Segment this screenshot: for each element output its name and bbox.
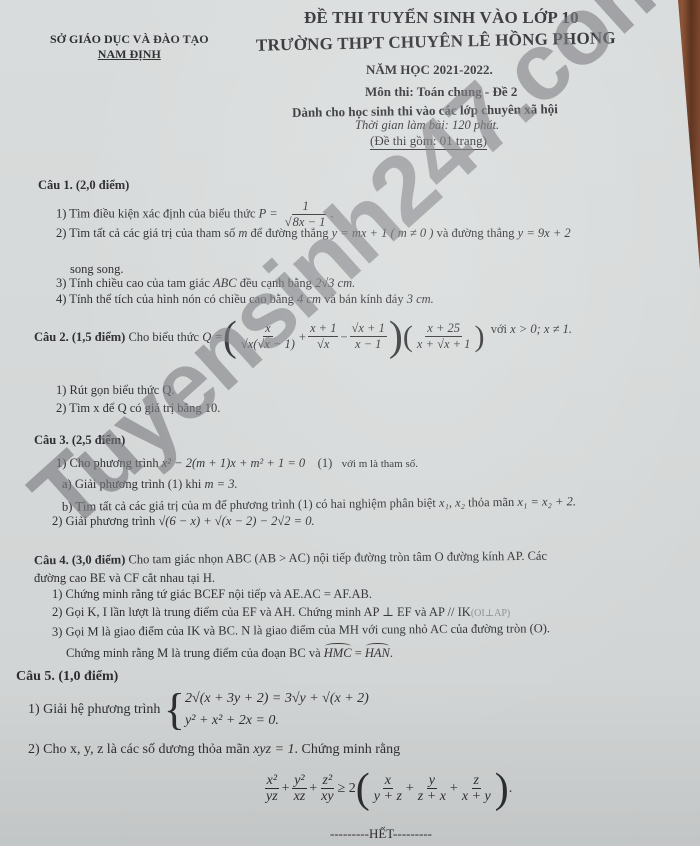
school-name: TRƯỜNG THPT CHUYÊN LÊ HỒNG PHONG <box>256 28 616 56</box>
department-line2: NAM ĐỊNH <box>50 47 209 62</box>
department-line1: SỞ GIÁO DỤC VÀ ĐÀO TẠO <box>50 32 209 47</box>
angle-hmc: HMC <box>324 646 352 661</box>
handwritten-note: (OI⊥AP) <box>471 608 510 619</box>
q3-part2: 2) Giải phương trình √(6 − x) + √(x − 2)… <box>52 514 315 529</box>
q5-part1: 1) Giải hệ phương trình { 2√(x + 3y + 2)… <box>28 688 369 732</box>
angle-han: HAN <box>365 646 390 661</box>
q5-title: Câu 5. (1,0 điểm) <box>16 669 118 685</box>
q3-title: Câu 3. (2,5 điểm) <box>34 433 125 448</box>
end-mark: ---------HẾT--------- <box>330 826 432 842</box>
q1-title: Câu 1. (2,0 điểm) <box>38 178 129 193</box>
q4-intro2: đường cao BE và CF cắt nhau tại H. <box>34 571 215 586</box>
q2-part1: 1) Rút gọn biểu thức Q. <box>56 383 175 398</box>
q4-title: Câu 4. (3,0 điểm) <box>34 552 125 567</box>
q3-part-b: b) Tìm tất cả các giá trị của m để phươn… <box>62 494 576 514</box>
department-block: SỞ GIÁO DỤC VÀ ĐÀO TẠO NAM ĐỊNH <box>50 32 209 62</box>
q1-part1: 1) Tìm điều kiện xác định của biểu thức … <box>56 200 334 229</box>
q4-part1: 1) Chứng minh rằng tứ giác BCEF nội tiếp… <box>52 587 372 602</box>
q1-part2: 2) Tìm tất cả các giá trị của tham số m … <box>56 226 571 241</box>
q5-inequality: x²yz+ y²xz+ z²xy ≥ 2 ( xy + z+ yz + x+ z… <box>262 768 512 810</box>
q2-title: Câu 2. (1,5 điểm) <box>34 330 125 345</box>
q2-part2: 2) Tìm x để Q có giá trị bằng 10. <box>56 401 220 416</box>
q4-part2: 2) Gọi K, I lần lượt là trung điểm của E… <box>52 604 510 620</box>
school-year: NĂM HỌC 2021-2022. <box>366 62 493 78</box>
equation-system: 2√(x + 3y + 2) = 3√y + √(x + 2) y² + x² … <box>185 688 369 731</box>
q1-part2-cont: song song. <box>70 262 123 277</box>
subject: Môn thi: Toán chung - Đề 2 <box>365 84 517 100</box>
q5-part2: 2) Cho x, y, z là các số dương thỏa mãn … <box>28 742 400 758</box>
q2-expression: Câu 2. (1,5 điểm) Cho biểu thức Q = ( x√… <box>34 316 572 358</box>
exam-time: Thời gian làm bài: 120 phút. <box>355 118 499 133</box>
page-count: (Đề thi gồm: 01 trang) <box>370 133 487 150</box>
q3-part1: 1) Cho phương trình x² − 2(m + 1)x + m² … <box>56 456 418 471</box>
wood-table-edge <box>670 0 700 270</box>
q1-part4: 4) Tính thể tích của hình nón có chiều c… <box>56 292 434 307</box>
q1-part3: 3) Tính chiều cao của tam giác ABC đều c… <box>56 276 355 291</box>
q3-part-a: a) Giải phương trình (1) khi m = 3. <box>62 477 238 492</box>
q4-part3: 3) Gọi M là giao điểm của IK và BC. N là… <box>52 621 550 639</box>
fraction: 1√8x − 1 <box>283 200 329 229</box>
exam-title: ĐỀ THI TUYỂN SINH VÀO LỚP 10 <box>304 8 579 28</box>
q4-intro: Câu 4. (3,0 điểm) Cho tam giác nhọn ABC … <box>34 549 547 568</box>
q4-part3b: Chứng minh rằng M là trung điểm của đoạn… <box>66 646 393 661</box>
